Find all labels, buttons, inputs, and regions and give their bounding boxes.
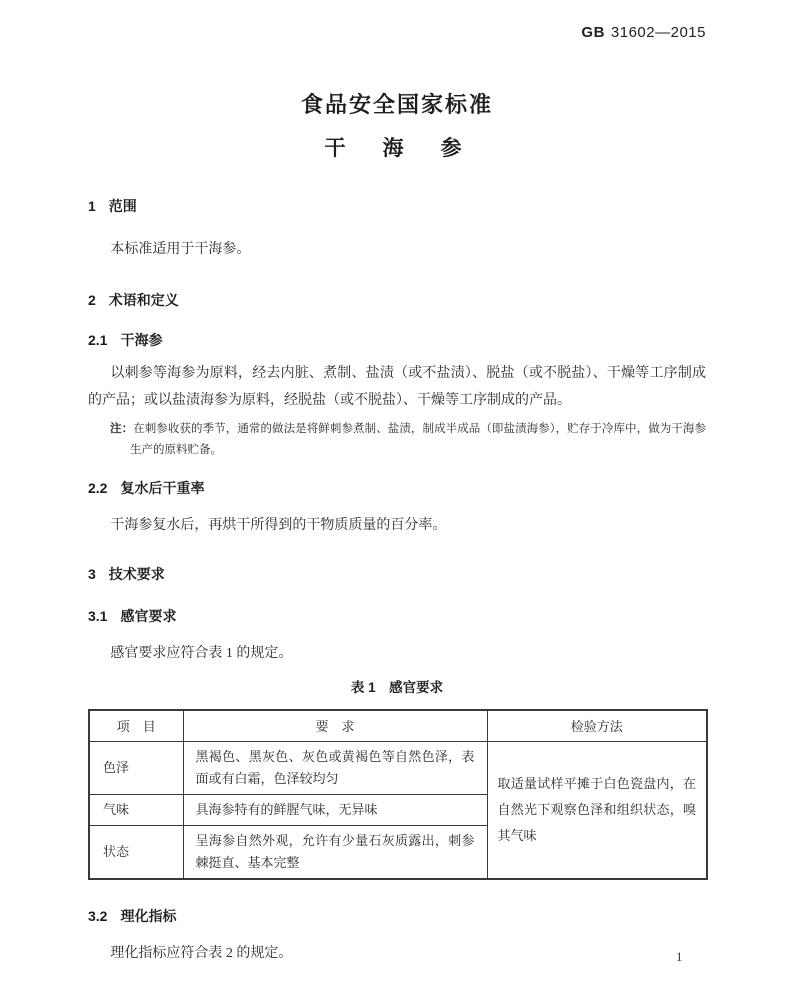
row-state-item: 状态 [89, 825, 183, 879]
section-1-number: 1 [88, 196, 96, 216]
row-color-requirement: 黑褐色、黑灰色、灰色或黄褐色等自然色泽，表面或有白霜，色泽较均匀 [183, 741, 487, 794]
section-2-1-body: 以刺参等海参为原料，经去内脏、煮制、盐渍（或不盐渍）、脱盐（或不脱盐）、干燥等工… [88, 360, 706, 414]
table-header-requirement: 要 求 [183, 710, 487, 741]
inspection-method-cell: 取适量试样平摊于白色瓷盘内，在自然光下观察色泽和组织状态，嗅其气味 [487, 741, 707, 879]
section-2-2-body: 干海参复水后，再烘干所得到的干物质质量的百分率。 [88, 516, 706, 536]
table-row-color: 色泽 黑褐色、黑灰色、灰色或黄褐色等自然色泽，表面或有白霜，色泽较均匀 取适量试… [89, 741, 707, 794]
section-1-title: 范围 [109, 198, 137, 214]
section-2-1-note: 注：在刺参收获的季节，通常的做法是将鲜刺参煮制、盐渍，制成半成品（即盐渍海参），… [88, 419, 706, 461]
table-header-method: 检验方法 [487, 710, 707, 741]
section-1-body: 本标准适用于干海参。 [88, 240, 706, 260]
table-1-caption: 表 1 感官要求 [88, 679, 706, 697]
page-content: GB31602—2015 食品安全国家标准 干 海 参 1范围 本标准适用于干海… [0, 24, 792, 964]
standard-code: GB31602—2015 [88, 24, 706, 42]
section-3-2-heading: 3.2理化指标 [88, 906, 706, 926]
document-title: 食品安全国家标准 [88, 92, 706, 118]
table-header-item: 项 目 [89, 710, 183, 741]
section-3-1-body: 感官要求应符合表 1 的规定。 [88, 644, 706, 664]
section-3-heading: 3技术要求 [88, 564, 706, 584]
table-header-row: 项 目 要 求 检验方法 [89, 710, 707, 741]
section-2-2-heading: 2.2复水后干重率 [88, 478, 706, 498]
standard-code-prefix: GB [581, 24, 605, 41]
section-2-1-number: 2.1 [88, 330, 107, 350]
row-odor-requirement: 具海参特有的鲜腥气味，无异味 [183, 794, 487, 825]
section-2-2-number: 2.2 [88, 478, 107, 498]
page-number: 1 [676, 949, 683, 965]
section-2-heading: 2术语和定义 [88, 290, 706, 310]
row-color-item: 色泽 [89, 741, 183, 794]
section-3-1-heading: 3.1感官要求 [88, 606, 706, 626]
sensory-requirements-table: 项 目 要 求 检验方法 色泽 黑褐色、黑灰色、灰色或黄褐色等自然色泽，表面或有… [88, 709, 708, 880]
section-3-2-title: 理化指标 [120, 908, 176, 924]
row-state-requirement: 呈海参自然外观，允许有少量石灰质露出，刺参棘挺直、基本完整 [183, 825, 487, 879]
section-2-title: 术语和定义 [109, 292, 179, 308]
row-odor-item: 气味 [89, 794, 183, 825]
section-3-2-body: 理化指标应符合表 2 的规定。 [88, 944, 706, 964]
section-3-1-title: 感官要求 [120, 608, 176, 624]
section-1-heading: 1范围 [88, 196, 706, 216]
section-2-1-heading: 2.1干海参 [88, 330, 706, 350]
document-page: GB31602—2015 食品安全国家标准 干 海 参 1范围 本标准适用于干海… [0, 0, 792, 992]
section-2-2-title: 复水后干重率 [120, 480, 204, 496]
section-2-number: 2 [88, 290, 96, 310]
document-subtitle: 干 海 参 [88, 136, 706, 162]
note-text: 在刺参收获的季节，通常的做法是将鲜刺参煮制、盐渍，制成半成品（即盐渍海参），贮存… [130, 423, 706, 456]
section-3-1-number: 3.1 [88, 606, 107, 626]
section-3-title: 技术要求 [109, 566, 165, 582]
section-3-2-number: 3.2 [88, 906, 107, 926]
section-2-1-title: 干海参 [120, 332, 162, 348]
note-label: 注： [110, 423, 133, 435]
standard-code-number: 31602—2015 [611, 24, 706, 41]
section-3-number: 3 [88, 564, 96, 584]
